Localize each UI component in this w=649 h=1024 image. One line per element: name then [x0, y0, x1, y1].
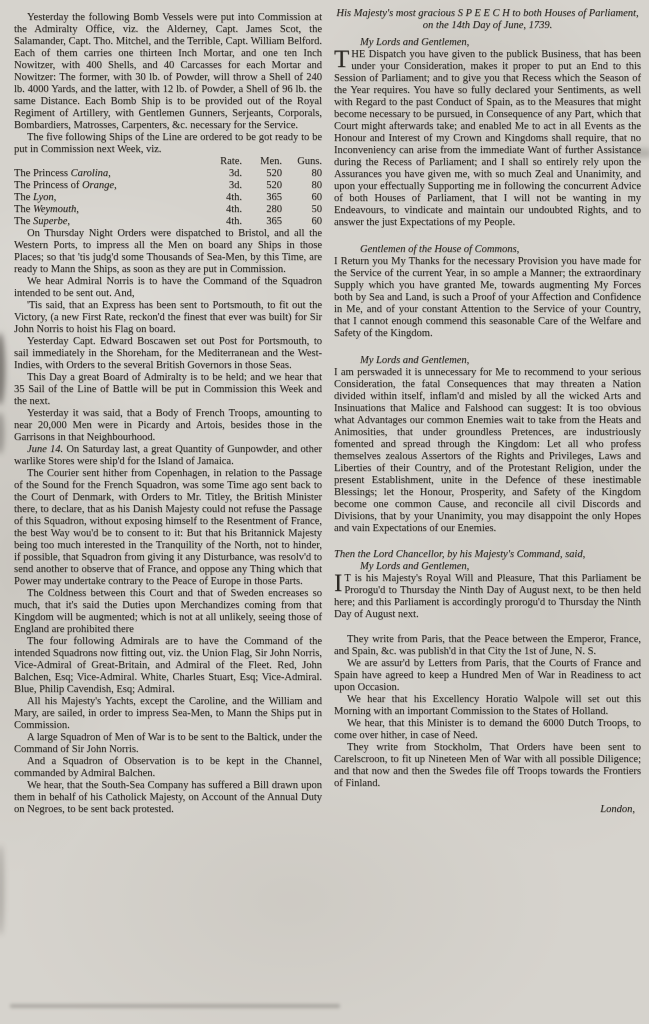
- drop-cap-T: T: [334, 49, 351, 70]
- ship-men: 520: [242, 180, 282, 192]
- speech-text: HE Dispatch you have given to the public…: [334, 49, 641, 228]
- paper-smudge-left-edge: [0, 333, 5, 405]
- table-row: The Princess Carolina, 3d. 520 80: [14, 168, 322, 180]
- ships-table-header-guns: Guns.: [282, 156, 322, 168]
- ship-guns: 60: [282, 192, 322, 204]
- speech-paragraph-unanimity: I am perswaded it is unnecessary for Me …: [334, 367, 641, 535]
- right-column: His Majesty's most gracious S P E E C H …: [334, 8, 641, 816]
- ship-guns: 60: [282, 216, 322, 228]
- ship-name-italic: Carolina,: [71, 168, 111, 179]
- ship-men: 280: [242, 204, 282, 216]
- ship-rate: 3d.: [202, 168, 242, 180]
- news-paragraph-paris-peace: They write from Paris, that the Peace be…: [334, 634, 641, 658]
- drop-cap-I: I: [334, 573, 344, 594]
- salutation-my-lords-1: My Lords and Gentlemen,: [334, 37, 641, 49]
- ship-men: 365: [242, 192, 282, 204]
- ship-guns: 50: [282, 204, 322, 216]
- news-paragraph-walpole: We hear that his Excellency Horatio Walp…: [334, 694, 641, 718]
- salutation-my-lords-3: My Lords and Gentlemen,: [334, 561, 641, 573]
- ship-name-plain: The Princess: [14, 168, 68, 179]
- ship-name: The Lyon,: [14, 192, 202, 204]
- news-paragraph-stockholm: They write from Stockholm, That Orders h…: [334, 742, 641, 790]
- paragraph-admiral-norris: We hear Admiral Norris is to have the Co…: [14, 276, 322, 300]
- dateline-june-14: June 14.: [27, 444, 63, 455]
- paragraph-victory: 'Tis said, that an Express has been sent…: [14, 300, 322, 336]
- paragraph-boscawen: Yesterday Capt. Edward Boscawen set out …: [14, 336, 322, 372]
- table-row: The Weymouth, 4th. 280 50: [14, 204, 322, 216]
- salutation-commons: Gentlemen of the House of Commons,: [334, 244, 641, 256]
- salutation-my-lords-2: My Lords and Gentlemen,: [334, 355, 641, 367]
- paragraph-copenhagen-courier: The Courier sent hither from Copenhagen,…: [14, 468, 322, 588]
- paragraph-south-sea-company: We hear, that the South-Sea Company has …: [14, 780, 322, 816]
- paper-smudge-bottom: [10, 1004, 340, 1008]
- ship-name-plain: The: [14, 216, 30, 227]
- speech-text: T is his Majesty's Royal Will and Pleasu…: [334, 573, 641, 620]
- ship-name-italic: Weymouth,: [33, 204, 79, 215]
- ship-name-plain: The Princess of: [14, 180, 79, 191]
- chancellor-line: Then the Lord Chancellor, by his Majesty…: [334, 549, 641, 561]
- ship-rate: 4th.: [202, 216, 242, 228]
- paragraph-board-of-admiralty: This Day a great Board of Admiralty is t…: [14, 372, 322, 408]
- ship-name: The Superbe,: [14, 216, 202, 228]
- ships-table-header-rate: Rate.: [202, 156, 242, 168]
- paragraph-gunpowder-jamaica: June 14. On Saturday last, a great Quant…: [14, 444, 322, 468]
- ship-men: 365: [242, 216, 282, 228]
- ship-name: The Princess Carolina,: [14, 168, 202, 180]
- paragraph-baltick-squadron: A large Squadron of Men of War is to be …: [14, 732, 322, 756]
- ship-rate: 3d.: [202, 180, 242, 192]
- speech-heading: His Majesty's most gracious S P E E C H …: [334, 8, 641, 32]
- dateline-london: London,: [334, 804, 641, 816]
- ship-name: The Princess of Orange,: [14, 180, 202, 192]
- ship-guns: 80: [282, 180, 322, 192]
- paragraph-bristol-orders: On Thursday Night Orders were dispatched…: [14, 228, 322, 276]
- left-column: Yesterday the following Bomb Vessels wer…: [14, 12, 322, 816]
- ship-name-plain: The: [14, 192, 30, 203]
- paragraph-french-troops: Yesterday it was said, that a Body of Fr…: [14, 408, 322, 444]
- ship-name-plain: The: [14, 204, 30, 215]
- speech-paragraph-thanks: I Return you My Thanks for the necessary…: [334, 256, 641, 340]
- ship-name: The Weymouth,: [14, 204, 202, 216]
- speech-paragraph-dispatch: THE Dispatch you have given to the publi…: [334, 49, 641, 229]
- ship-men: 520: [242, 168, 282, 180]
- table-row: The Princess of Orange, 3d. 520 80: [14, 180, 322, 192]
- ships-table: Rate. Men. Guns. The Princess Carolina, …: [14, 156, 322, 228]
- paragraph-table-intro: The five following Ships of the Line are…: [14, 132, 322, 156]
- paper-smudge-left-bottom: [0, 845, 4, 935]
- news-paragraph-dutch-troops: We hear, that this Minister is to demand…: [334, 718, 641, 742]
- paragraph-sweden-coldness: The Coldness between this Court and that…: [14, 588, 322, 636]
- ships-table-header-spacer: [14, 156, 202, 168]
- news-paragraph-hundred-men-of-war: We are assur'd by Letters from Paris, th…: [334, 658, 641, 694]
- paper-smudge-left-edge-2: [0, 412, 4, 454]
- ship-rate: 4th.: [202, 192, 242, 204]
- ships-table-header: Rate. Men. Guns.: [14, 156, 322, 168]
- ships-table-header-men: Men.: [242, 156, 282, 168]
- paragraph-yachts: All his Majesty's Yachts, except the Car…: [14, 696, 322, 732]
- ship-rate: 4th.: [202, 204, 242, 216]
- newspaper-page: Yesterday the following Bomb Vessels wer…: [0, 0, 649, 1024]
- speech-paragraph-prorogation: IT is his Majesty's Royal Will and Pleas…: [334, 573, 641, 621]
- paragraph-bomb-vessels: Yesterday the following Bomb Vessels wer…: [14, 12, 322, 132]
- ship-guns: 80: [282, 168, 322, 180]
- paragraph-channel-squadron: And a Squadron of Observation is to be k…: [14, 756, 322, 780]
- ship-name-italic: Superbe,: [33, 216, 70, 227]
- ship-name-italic: Lyon,: [33, 192, 56, 203]
- table-row: The Lyon, 4th. 365 60: [14, 192, 322, 204]
- table-row: The Superbe, 4th. 365 60: [14, 216, 322, 228]
- paragraph-four-admirals: The four following Admirals are to have …: [14, 636, 322, 696]
- ship-name-italic: Orange,: [82, 180, 117, 191]
